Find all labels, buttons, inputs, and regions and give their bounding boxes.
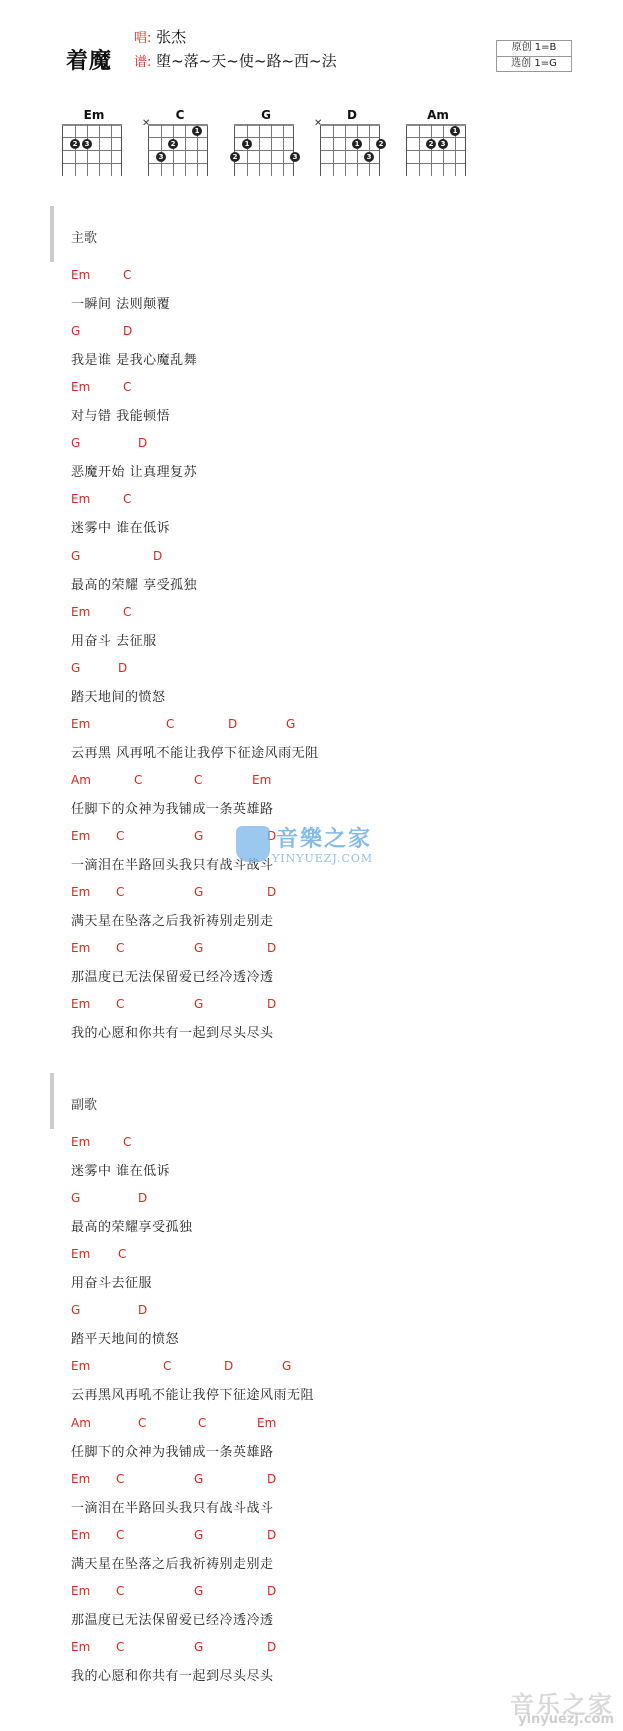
section-label-verse: 主歌 (71, 227, 97, 246)
transcriber-name: 堕~落~天~使~路~西~法 (156, 52, 336, 70)
chord-symbol: Em (71, 1640, 90, 1654)
finger-dot: 2 (230, 152, 240, 162)
finger-dot: 3 (156, 152, 166, 162)
chord-symbol: D (138, 1303, 147, 1317)
chord-symbol: G (194, 1528, 203, 1542)
chord-symbol: C (116, 829, 124, 843)
chord-symbol: Em (71, 1528, 90, 1542)
chord-name: C (148, 108, 212, 122)
finger-dot: 1 (352, 139, 362, 149)
lyric-line: 云再黑 风再吼不能让我停下征途风雨无阻 (71, 742, 319, 761)
chord-symbol: Em (257, 1416, 276, 1430)
chord-symbol: G (71, 1303, 80, 1317)
chord-symbol: C (138, 1416, 146, 1430)
chord-symbol: C (198, 1416, 206, 1430)
chord-symbol: Em (71, 717, 90, 731)
fretboard-grid: 1 2 3 (406, 124, 466, 176)
chord-symbol: G (282, 1359, 291, 1373)
chord-symbol: G (71, 324, 80, 338)
lyric-line: 迷雾中 谁在低诉 (71, 517, 170, 536)
lyric-line: 迷雾中 谁在低诉 (71, 1160, 170, 1179)
lyric-line: 满天星在坠落之后我祈祷别走别走 (71, 910, 274, 929)
fretboard-grid: 1 2 3 (234, 124, 294, 176)
original-key: 原创 1=B (497, 41, 571, 56)
singer-info: 唱: 张杰 (134, 26, 186, 47)
lyric-line: 我是谁 是我心魔乱舞 (71, 349, 197, 368)
chord-symbol: D (138, 436, 147, 450)
key-box: 原创 1=B 选创 1=G (496, 40, 572, 72)
lyric-line: 那温度已无法保留爱已经冷透冷透 (71, 1609, 274, 1628)
chord-symbol: Em (71, 1359, 90, 1373)
lyric-line: 最高的荣耀 享受孤独 (71, 574, 197, 593)
song-title: 着魔 (66, 44, 112, 75)
chord-symbol: D (267, 1640, 276, 1654)
finger-dot: 3 (290, 152, 300, 162)
section-label-chorus: 副歌 (71, 1094, 97, 1113)
lyric-line: 我的心愿和你共有一起到尽头尽头 (71, 1022, 274, 1041)
chord-symbol: Em (71, 1247, 90, 1261)
chord-name: G (234, 108, 298, 122)
chord-symbol: D (267, 1528, 276, 1542)
finger-dot: 3 (438, 139, 448, 149)
watermark-corner: 音乐之家 yinyuezj.com (470, 1685, 620, 1729)
chord-symbol: Em (71, 492, 90, 506)
section-bar (50, 1073, 54, 1129)
lyric-line: 那温度已无法保留爱已经冷透冷透 (71, 966, 274, 985)
chord-symbol: D (224, 1359, 233, 1373)
chord-symbol: Em (71, 829, 90, 843)
chord-symbol: Em (71, 1472, 90, 1486)
chord-symbol: C (116, 1472, 124, 1486)
finger-dot: 2 (168, 139, 178, 149)
lyric-line: 踏天地间的愤怒 (71, 686, 166, 705)
finger-dot: 2 (426, 139, 436, 149)
section-bar (50, 206, 54, 262)
chord-symbol: Em (71, 1584, 90, 1598)
chord-symbol: Em (71, 380, 90, 394)
finger-dot: 2 (376, 139, 386, 149)
chord-name: Am (406, 108, 470, 122)
lyric-line: 对与错 我能顿悟 (71, 405, 170, 424)
finger-dot: 3 (82, 139, 92, 149)
watermark-center: 音樂之家 YINYUEZJ.COM (236, 822, 386, 882)
fretboard-grid: 1 2 3 (320, 124, 380, 176)
chord-symbol: C (134, 773, 142, 787)
chord-symbol: G (71, 661, 80, 675)
chord-symbol: D (118, 661, 127, 675)
chord-symbol: G (194, 997, 203, 1011)
chord-symbol: G (194, 1640, 203, 1654)
chord-symbol: C (116, 1584, 124, 1598)
chord-symbol: G (194, 1584, 203, 1598)
transcriber-info: 谱: 堕~落~天~使~路~西~法 (134, 50, 337, 71)
chord-symbol: Em (252, 773, 271, 787)
fretboard-grid: 1 2 3 (148, 124, 208, 176)
chord-symbol: G (194, 885, 203, 899)
chord-symbol: G (194, 829, 203, 843)
chord-name: D (320, 108, 384, 122)
lyric-line: 踏平天地间的愤怒 (71, 1328, 179, 1347)
chord-symbol: C (118, 1247, 126, 1261)
finger-dot: 1 (242, 139, 252, 149)
singer-name: 张杰 (156, 28, 186, 46)
chord-symbol: Am (71, 773, 91, 787)
lyric-line: 一滴泪在半路回头我只有战斗战斗 (71, 1497, 274, 1516)
chord-symbol: Em (71, 941, 90, 955)
chord-symbol: Em (71, 885, 90, 899)
chord-symbol: C (116, 1528, 124, 1542)
chord-symbol: C (123, 605, 131, 619)
chord-symbol: C (116, 1640, 124, 1654)
lyric-line: 任脚下的众神为我铺成一条英雄路 (71, 798, 274, 817)
lyric-line: 最高的荣耀享受孤独 (71, 1216, 193, 1235)
lyric-line: 我的心愿和你共有一起到尽头尽头 (71, 1665, 274, 1684)
transcriber-label: 谱: (134, 55, 151, 70)
chord-symbol: C (123, 492, 131, 506)
lyric-line: 云再黑风再吼不能让我停下征途风雨无阻 (71, 1384, 314, 1403)
finger-dot: 3 (364, 152, 374, 162)
chord-symbol: D (228, 717, 237, 731)
selected-key: 选创 1=G (497, 56, 571, 71)
chord-symbol: Em (71, 268, 90, 282)
lyric-line: 满天星在坠落之后我祈祷别走别走 (71, 1553, 274, 1572)
lyric-line: 用奋斗去征服 (71, 1272, 152, 1291)
finger-dot: 2 (70, 139, 80, 149)
chord-symbol: C (123, 380, 131, 394)
chord-symbol: C (123, 1135, 131, 1149)
chord-symbol: C (123, 268, 131, 282)
fretboard-grid: 2 3 (62, 124, 122, 176)
lyric-line: 用奋斗 去征服 (71, 630, 157, 649)
chord-symbol: Am (71, 1416, 91, 1430)
chord-symbol: C (163, 1359, 171, 1373)
lyric-line: 任脚下的众神为我铺成一条英雄路 (71, 1441, 274, 1460)
chord-symbol: G (71, 436, 80, 450)
chord-symbol: G (194, 1472, 203, 1486)
house-logo-icon (236, 826, 270, 862)
chord-symbol: D (267, 941, 276, 955)
chord-symbol: G (194, 941, 203, 955)
finger-dot: 1 (450, 126, 460, 136)
chord-symbol: D (123, 324, 132, 338)
chord-symbol: C (116, 941, 124, 955)
chord-symbol: G (286, 717, 295, 731)
chord-symbol: D (267, 1584, 276, 1598)
chord-symbol: D (267, 997, 276, 1011)
chord-symbol: G (71, 1191, 80, 1205)
chord-symbol: D (138, 1191, 147, 1205)
chord-symbol: Em (71, 605, 90, 619)
chord-symbol: Em (71, 1135, 90, 1149)
lyric-line: 恶魔开始 让真理复苏 (71, 461, 197, 480)
chord-symbol: D (153, 549, 162, 563)
lyric-line: 一瞬间 法则颠覆 (71, 293, 170, 312)
finger-dot: 1 (192, 126, 202, 136)
chord-symbol: C (166, 717, 174, 731)
chord-symbol: C (194, 773, 202, 787)
chord-symbol: Em (71, 997, 90, 1011)
singer-label: 唱: (134, 31, 151, 46)
chord-symbol: D (267, 885, 276, 899)
chord-symbol: D (267, 1472, 276, 1486)
chord-name: Em (62, 108, 126, 122)
chord-symbol: G (71, 549, 80, 563)
chord-symbol: C (116, 997, 124, 1011)
chord-symbol: C (116, 885, 124, 899)
